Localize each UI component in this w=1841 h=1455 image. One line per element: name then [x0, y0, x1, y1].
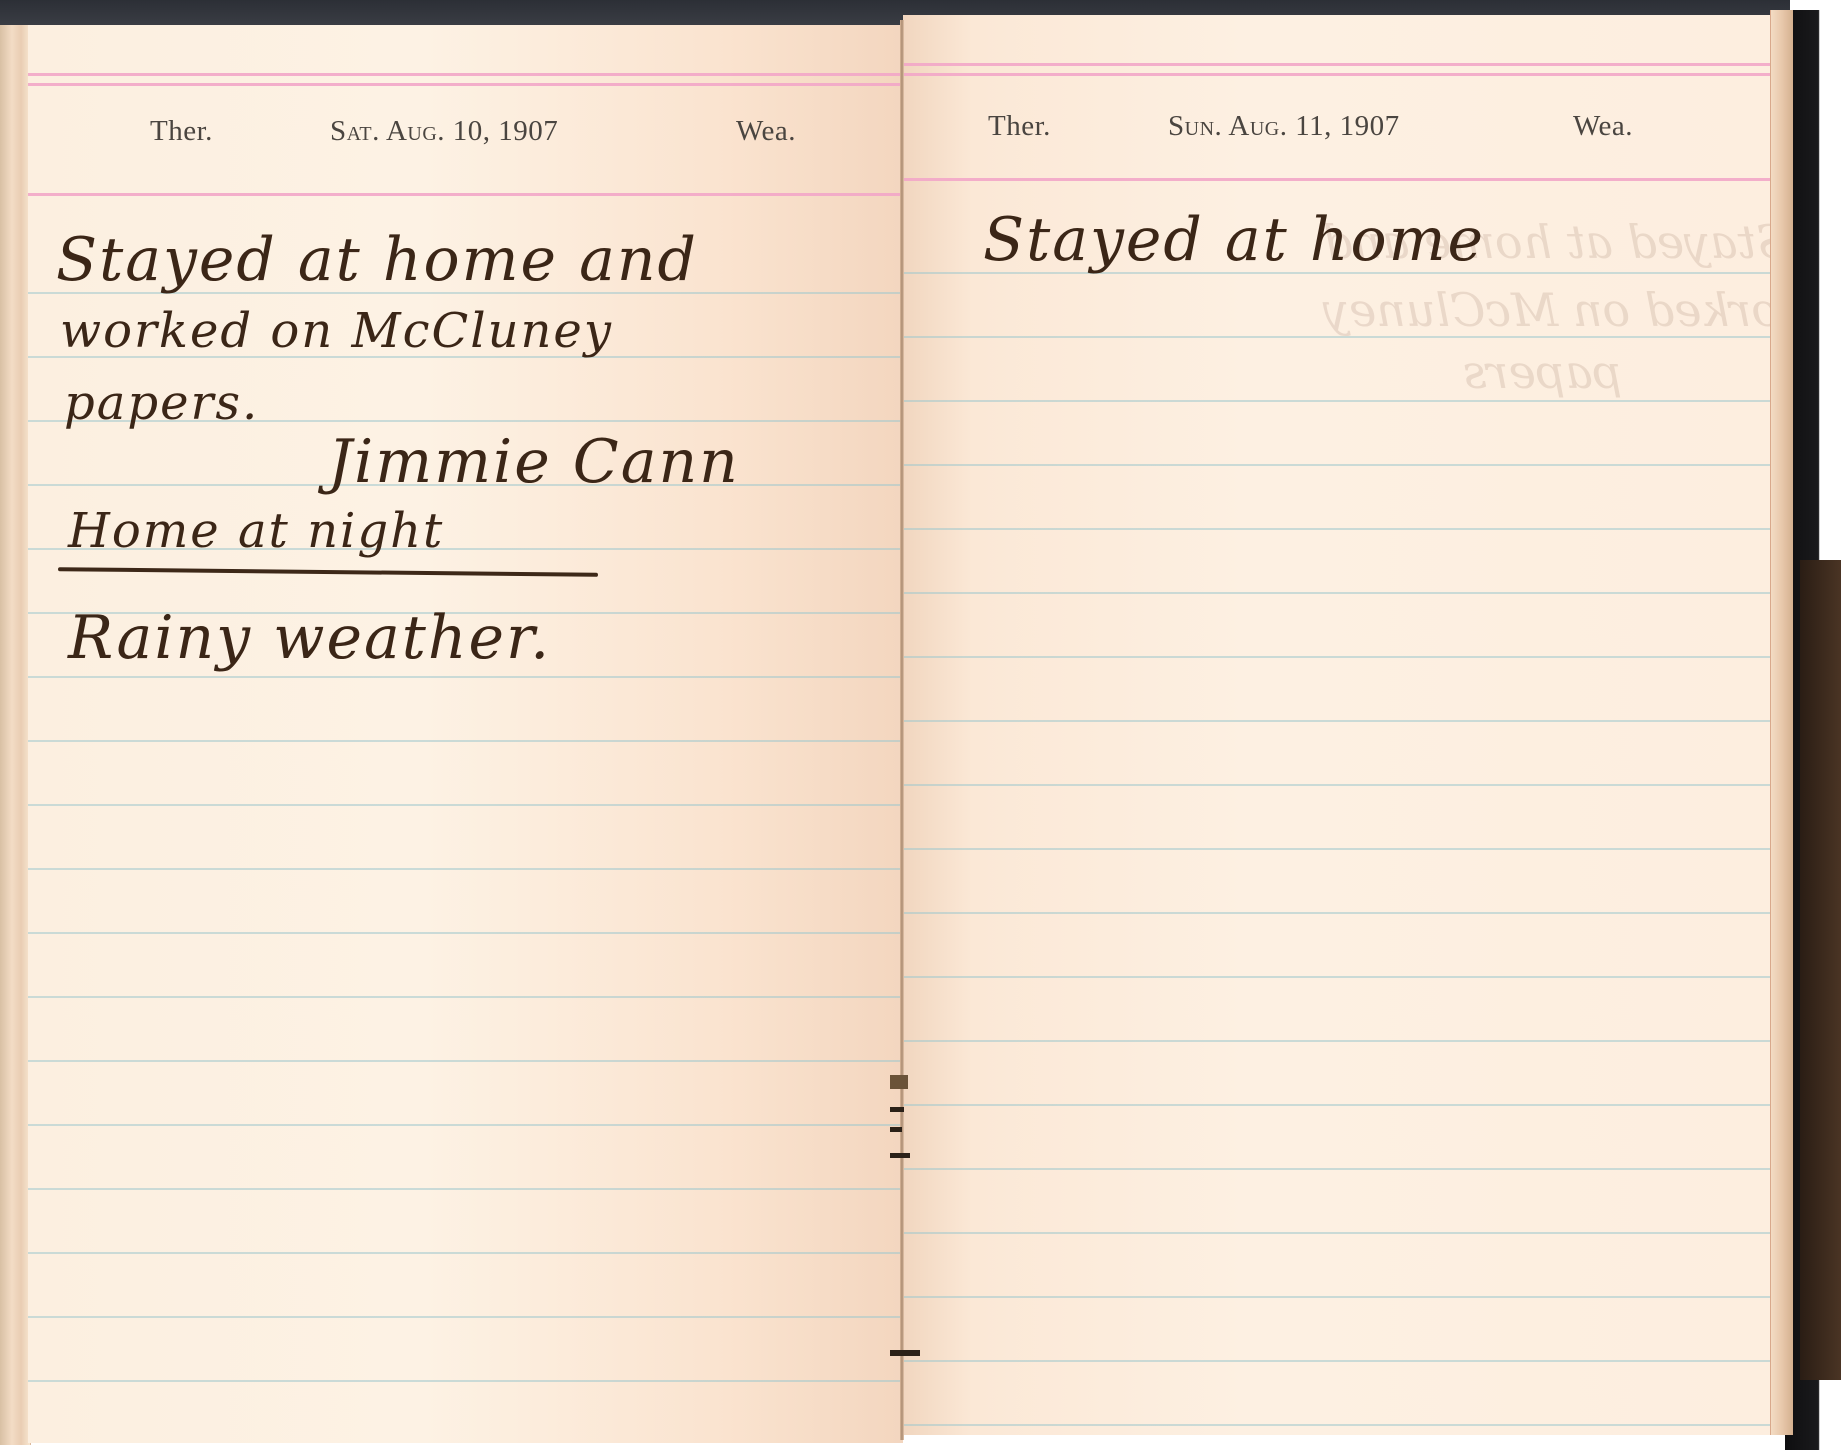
binding-stitch: [890, 1107, 904, 1112]
ink-bleed-through-2: worked on McCluney: [1323, 283, 1770, 337]
page-stack-right-edge: [1770, 10, 1793, 1435]
page-stack-left-edge: [0, 25, 31, 1445]
ink-bleed-through-3: papers: [1463, 345, 1622, 399]
binding-stitch: [890, 1127, 902, 1132]
header-rule-top-1: [903, 63, 1770, 66]
diary-page-left: Ther. Sat. Aug. 10, 1907 Wea. Stayed at …: [28, 25, 903, 1443]
weather-label: Wea.: [1573, 110, 1633, 143]
entry-line-2: worked on McCluney: [60, 303, 613, 359]
thermometer-label: Ther.: [988, 110, 1051, 143]
page-date: Sat. Aug. 10, 1907: [330, 115, 558, 148]
entry-line-3: papers.: [64, 375, 259, 431]
entry-line-1: Stayed at home and: [56, 225, 698, 295]
book-cover-right-lower: [1800, 560, 1841, 1380]
entry-line-6: Rainy weather.: [68, 603, 551, 673]
header-rule-bottom: [903, 178, 1770, 181]
page-header: Ther. Sun. Aug. 11, 1907 Wea.: [903, 110, 1770, 150]
weather-label: Wea.: [736, 115, 796, 148]
page-header: Ther. Sat. Aug. 10, 1907 Wea.: [28, 115, 903, 155]
thermometer-label: Ther.: [150, 115, 213, 148]
diary-page-right: Ther. Sun. Aug. 11, 1907 Wea. Stayed at …: [903, 15, 1770, 1435]
book-spine-gutter: [900, 20, 904, 1440]
header-rule-top-2: [28, 83, 903, 86]
page-date: Sun. Aug. 11, 1907: [1168, 110, 1400, 143]
header-rule-bottom: [28, 193, 903, 196]
ruled-lines: [903, 210, 1770, 1435]
header-rule-top-2: [903, 73, 1770, 76]
binding-tape: [890, 1075, 908, 1089]
binding-stitch: [890, 1350, 920, 1356]
header-rule-top-1: [28, 73, 903, 76]
entry-line-4: Jimmie Cann: [328, 427, 740, 497]
binding-stitch: [890, 1153, 910, 1158]
entry-line-5: Home at night: [68, 503, 444, 559]
entry-line-1: Stayed at home: [983, 205, 1485, 275]
